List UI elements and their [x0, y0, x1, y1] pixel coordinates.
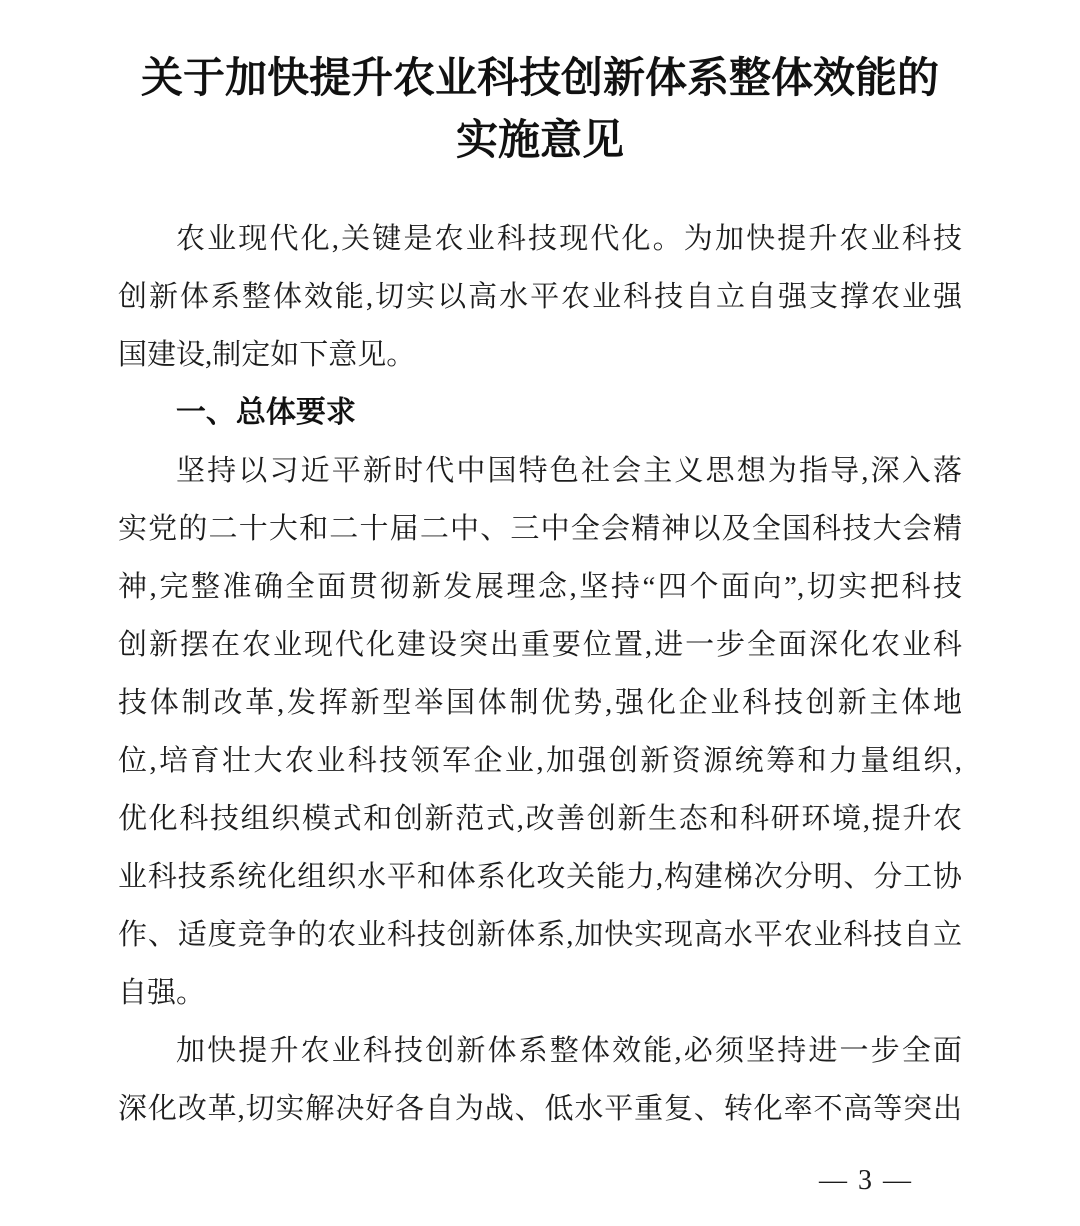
paragraph-guiding-line-10: 自强。 [118, 964, 962, 1022]
document-title-line-2: 实施意见 [0, 110, 1080, 172]
paragraph-reform-line-1: 加快提升农业科技创新体系整体效能,必须坚持进一步全面 [118, 1022, 962, 1080]
document-title: 关于加快提升农业科技创新体系整体效能的 实施意见 [0, 0, 1080, 172]
paragraph-guiding: 坚持以习近平新时代中国特色社会主义思想为指导,深入落 实党的二十大和二十届二中、… [118, 442, 962, 1022]
paragraph-reform-line-2: 深化改革,切实解决好各自为战、低水平重复、转化率不高等突出 [118, 1080, 962, 1138]
section-heading-1: 一、总体要求 [118, 384, 962, 442]
paragraph-intro-line-3: 国建设,制定如下意见。 [118, 326, 962, 384]
paragraph-guiding-line-5: 技体制改革,发挥新型举国体制优势,强化企业科技创新主体地 [118, 674, 962, 732]
paragraph-guiding-line-2: 实党的二十大和二十届二中、三中全会精神以及全国科技大会精 [118, 500, 962, 558]
paragraph-guiding-line-7: 优化科技组织模式和创新范式,改善创新生态和科研环境,提升农 [118, 790, 962, 848]
paragraph-guiding-line-1: 坚持以习近平新时代中国特色社会主义思想为指导,深入落 [118, 442, 962, 500]
paragraph-intro-line-2: 创新体系整体效能,切实以高水平农业科技自立自强支撑农业强 [118, 268, 962, 326]
document-body: 农业现代化,关键是农业科技现代化。为加快提升农业科技 创新体系整体效能,切实以高… [118, 210, 962, 1138]
paragraph-guiding-line-6: 位,培育壮大农业科技领军企业,加强创新资源统筹和力量组织, [118, 732, 962, 790]
paragraph-intro: 农业现代化,关键是农业科技现代化。为加快提升农业科技 创新体系整体效能,切实以高… [118, 210, 962, 384]
paragraph-guiding-line-3: 神,完整准确全面贯彻新发展理念,坚持“四个面向”,切实把科技 [118, 558, 962, 616]
page-number: — 3 — [819, 1164, 913, 1198]
paragraph-reform: 加快提升农业科技创新体系整体效能,必须坚持进一步全面 深化改革,切实解决好各自为… [118, 1022, 962, 1138]
paragraph-intro-line-1: 农业现代化,关键是农业科技现代化。为加快提升农业科技 [118, 210, 962, 268]
document-page: 关于加快提升农业科技创新体系整体效能的 实施意见 农业现代化,关键是农业科技现代… [0, 0, 1080, 1226]
paragraph-guiding-line-8: 业科技系统化组织水平和体系化攻关能力,构建梯次分明、分工协 [118, 848, 962, 906]
document-title-line-1: 关于加快提升农业科技创新体系整体效能的 [0, 48, 1080, 110]
paragraph-guiding-line-9: 作、适度竞争的农业科技创新体系,加快实现高水平农业科技自立 [118, 906, 962, 964]
paragraph-guiding-line-4: 创新摆在农业现代化建设突出重要位置,进一步全面深化农业科 [118, 616, 962, 674]
